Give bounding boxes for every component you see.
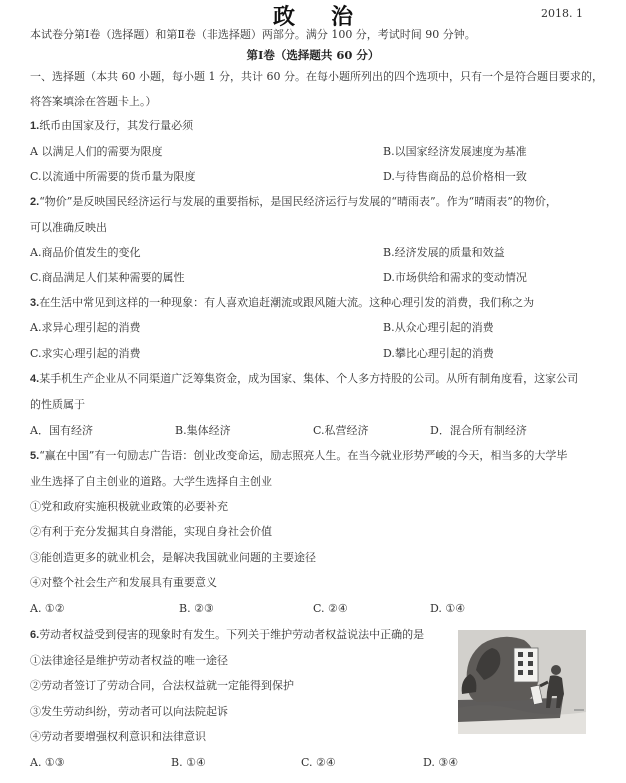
q4-option-c[interactable]: C.私营经济	[313, 424, 369, 438]
question-number: 1.	[30, 120, 39, 132]
q1-option-a[interactable]: A 以满足人们的需要为限度	[30, 145, 162, 159]
q6-option-c[interactable]: C. ②④	[301, 756, 336, 770]
q6-statement-2: ②劳动者签订了劳动合同，合法权益就一定能得到保护	[30, 679, 294, 693]
q6-statement-4: ④劳动者要增强权利意识和法律意识	[30, 730, 206, 744]
q3-option-c[interactable]: C.求实心理引起的消费	[30, 347, 141, 361]
q5-option-d[interactable]: D. ①④	[430, 602, 465, 616]
q2-option-a[interactable]: A.商品价值发生的变化	[30, 246, 140, 260]
q1-option-c[interactable]: C.以流通中所需要的货币量为限度	[30, 170, 196, 184]
question-number: 6.	[30, 629, 39, 641]
question-text: 纸币由国家及行，其发行量必须	[39, 119, 193, 132]
q4-option-b[interactable]: B.集体经济	[175, 424, 231, 438]
q6-statement-1: ①法律途径是维护劳动者权益的唯一途径	[30, 654, 228, 668]
exam-date: 2018. 1	[541, 7, 583, 20]
exam-intro: 本试卷分第Ⅰ卷（选择题）和第Ⅱ卷（非选择题）两部分。满分 100 分，考试时间 …	[30, 28, 476, 42]
q6-option-a[interactable]: A. ①③	[30, 756, 65, 770]
q5-statement-4: ④对整个社会生产和发展具有重要意义	[30, 576, 217, 590]
q5-statement-3: ③能创造更多的就业机会，是解决我国就业问题的主要途径	[30, 551, 316, 565]
q1-option-b[interactable]: B.以国家经济发展速度为基准	[383, 145, 527, 159]
question-number: 4.	[30, 373, 39, 385]
question-5-stem: 5.“赢在中国”有一句励志广告语：创业改变命运，励志照亮人生。在当今就业形势严峻…	[30, 449, 567, 463]
q4-option-a[interactable]: A．国有经济	[30, 424, 93, 438]
question-number: 3.	[30, 297, 39, 309]
q1-option-d[interactable]: D.与待售商品的总价格相一致	[383, 170, 527, 184]
q2-option-d[interactable]: D.市场供给和需求的变动情况	[383, 271, 527, 285]
q5-statement-1: ①党和政府实施积极就业政策的必要补充	[30, 500, 228, 514]
instructions-line-2: 将答案填涂在答题卡上。）	[30, 95, 157, 109]
question-4-stem: 4.某手机生产企业从不同渠道广泛筹集资金，成为国家、集体、个人多方持股的公司。从…	[30, 372, 578, 386]
page-title: 政治	[0, 0, 626, 31]
question-6-stem: 6.劳动者权益受到侵害的现象时有发生。下列关于维护劳动者权益说法中正确的是	[30, 628, 424, 642]
section-title: 第Ⅰ卷（选择题共 60 分）	[0, 47, 626, 63]
q2-option-c[interactable]: C.商品满足人们某种需要的属性	[30, 271, 185, 285]
question-text: “物价”是反映国民经济运行与发展的重要指标，是国民经济运行与发展的“晴雨表”。作…	[39, 195, 557, 208]
q6-statement-3: ③发生劳动纠纷，劳动者可以向法院起诉	[30, 705, 228, 719]
instructions-line-1: 一、选择题（本共 60 小题，每小题 1 分，共计 60 分。在每小题所列出的四…	[30, 70, 603, 84]
q3-option-b[interactable]: B.从众心理引起的消费	[383, 321, 494, 335]
question-4-stem-line-2: 的性质属于	[30, 398, 85, 412]
q6-option-b[interactable]: B. ①④	[171, 756, 206, 770]
q5-option-b[interactable]: B. ②③	[179, 602, 214, 616]
cartoon-illustration	[458, 630, 586, 734]
question-5-stem-line-2: 业生选择了自主创业的道路。大学生选择自主创业	[30, 475, 272, 489]
question-1-stem: 1.纸币由国家及行，其发行量必须	[30, 119, 193, 133]
question-3-stem: 3.在生活中常见到这样的一种现象：有人喜欢追赶潮流或跟风随大流。这种心理引发的消…	[30, 296, 534, 310]
question-2-stem-line-2: 可以准确反映出	[30, 221, 107, 235]
q5-statement-2: ②有利于充分发掘其自身潜能，实现自身社会价值	[30, 525, 272, 539]
question-text: “赢在中国”有一句励志广告语：创业改变命运，励志照亮人生。在当今就业形势严峻的今…	[39, 449, 567, 462]
q4-option-d[interactable]: D．混合所有制经济	[430, 424, 527, 438]
q3-option-d[interactable]: D.攀比心理引起的消费	[383, 347, 494, 361]
q3-option-a[interactable]: A.求异心理引起的消费	[30, 321, 140, 335]
question-number: 5.	[30, 450, 39, 462]
cartoon-drawing-icon	[458, 630, 586, 734]
q5-option-c[interactable]: C. ②④	[313, 602, 348, 616]
question-text: 某手机生产企业从不同渠道广泛筹集资金，成为国家、集体、个人多方持股的公司。从所有…	[39, 372, 578, 385]
q6-option-d[interactable]: D. ③④	[423, 756, 458, 770]
q5-option-a[interactable]: A. ①②	[30, 602, 65, 616]
question-2-stem: 2.“物价”是反映国民经济运行与发展的重要指标，是国民经济运行与发展的“晴雨表”…	[30, 195, 557, 209]
question-text: 在生活中常见到这样的一种现象：有人喜欢追赶潮流或跟风随大流。这种心理引发的消费，…	[39, 296, 534, 309]
question-number: 2.	[30, 196, 39, 208]
q2-option-b[interactable]: B.经济发展的质量和效益	[383, 246, 505, 260]
question-text: 劳动者权益受到侵害的现象时有发生。下列关于维护劳动者权益说法中正确的是	[39, 628, 424, 641]
